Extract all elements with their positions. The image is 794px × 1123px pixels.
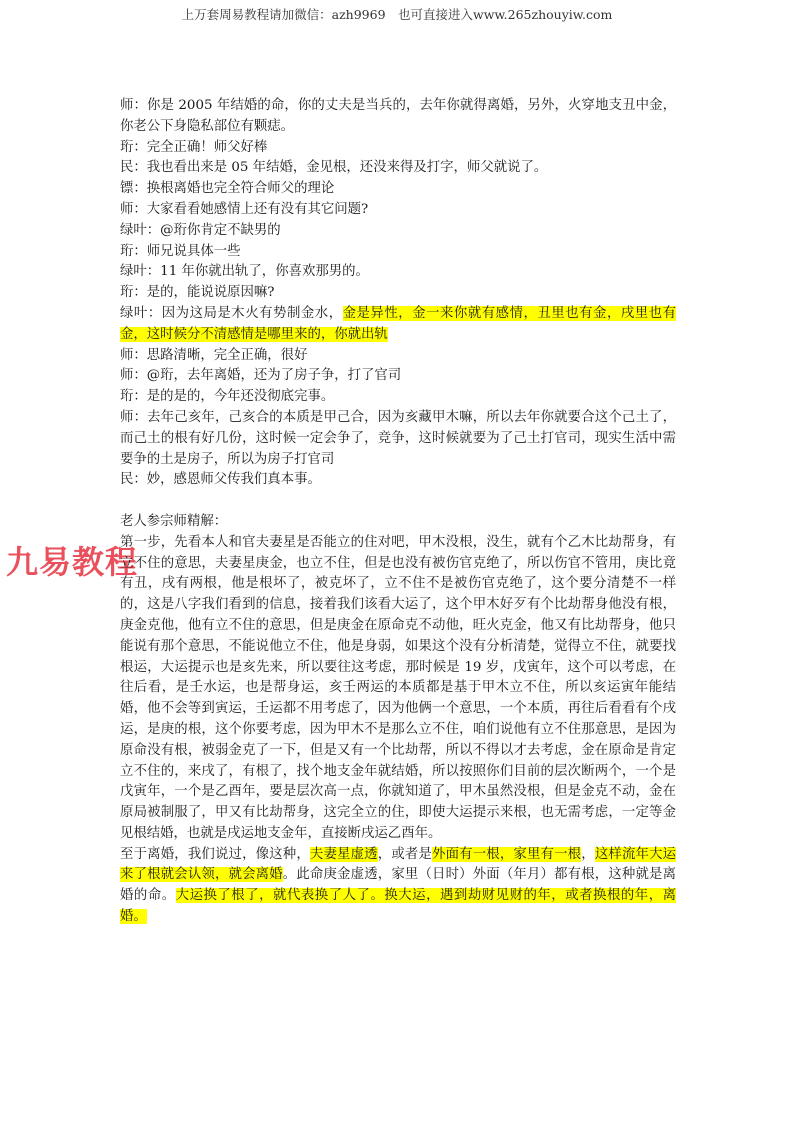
dialogue-line: 珩：师兄说具体一些 [120,242,676,263]
page-header-ad: 上万套周易教程请加微信：azh9969 也可直接进入www.265zhouyiw… [0,5,794,23]
dialogue-line: 珩：完全正确！师父好棒 [120,138,676,159]
dialogue-line: 师：去年己亥年，己亥合的本质是甲己合，因为亥藏甲木嘛，所以去年你就要合这个己土了… [120,408,676,470]
dialogue-line: 师：@珩，去年离婚，还为了房子争，打了官司 [120,366,676,387]
watermark-logo: 九易教程 [6,542,138,582]
dialogue-line: 民：妙，感恩师父传我们真本事。 [120,470,676,491]
dialogue-line: 绿叶：@珩你肯定不缺男的 [120,221,676,242]
dialogue-line: 绿叶：因为这局是木火有势制金水，金是异性，金一来你就有感情，丑里也有金，戌里也有… [120,304,676,346]
dialogue-line: 绿叶：11 年你就出轨了，你喜欢那男的。 [120,262,676,283]
highlighted-text: 大运换了根了，就代表换了人了。换大运，遇到劫财见财的年，或者换根的年，离婚。 [120,888,676,924]
highlighted-text: 夫妻星虚透 [310,847,378,862]
dialogue-line: 镖：换根离婚也完全符合师父的理论 [120,179,676,200]
dialogue-line: 珩：是的是的，今年还没彻底完事。 [120,387,676,408]
analysis-title: 老人参宗师精解： [120,512,676,533]
analysis-paragraph: 第一步，先看本人和官夫妻星是否能立的住对吧，甲木没根，没生，就有个乙木比劫帮身，… [120,533,676,845]
analysis-paragraph: 至于离婚，我们说过，像这种，夫妻星虚透，或者是外面有一根，家里有一根，这样流年大… [120,845,676,928]
highlighted-text: 外面有一根，家里有一根 [432,847,581,862]
document-body: 师：你是 2005 年结婚的命，你的丈夫是当兵的，去年你就得离婚，另外，火穿地支… [120,96,676,928]
dialogue-line: 师：思路清晰，完全正确，很好 [120,346,676,367]
analysis-section: 老人参宗师精解： 第一步，先看本人和官夫妻星是否能立的住对吧，甲木没根，没生，就… [120,512,676,928]
dialogue-section: 师：你是 2005 年结婚的命，你的丈夫是当兵的，去年你就得离婚，另外，火穿地支… [120,96,676,491]
dialogue-line: 师：你是 2005 年结婚的命，你的丈夫是当兵的，去年你就得离婚，另外，火穿地支… [120,96,676,138]
dialogue-line: 师：大家看看她感情上还有没有其它问题? [120,200,676,221]
dialogue-line: 民：我也看出来是 05 年结婚，金见根，还没来得及打字，师父就说了。 [120,158,676,179]
spacer [120,491,676,512]
dialogue-line: 珩：是的，能说说原因嘛? [120,283,676,304]
